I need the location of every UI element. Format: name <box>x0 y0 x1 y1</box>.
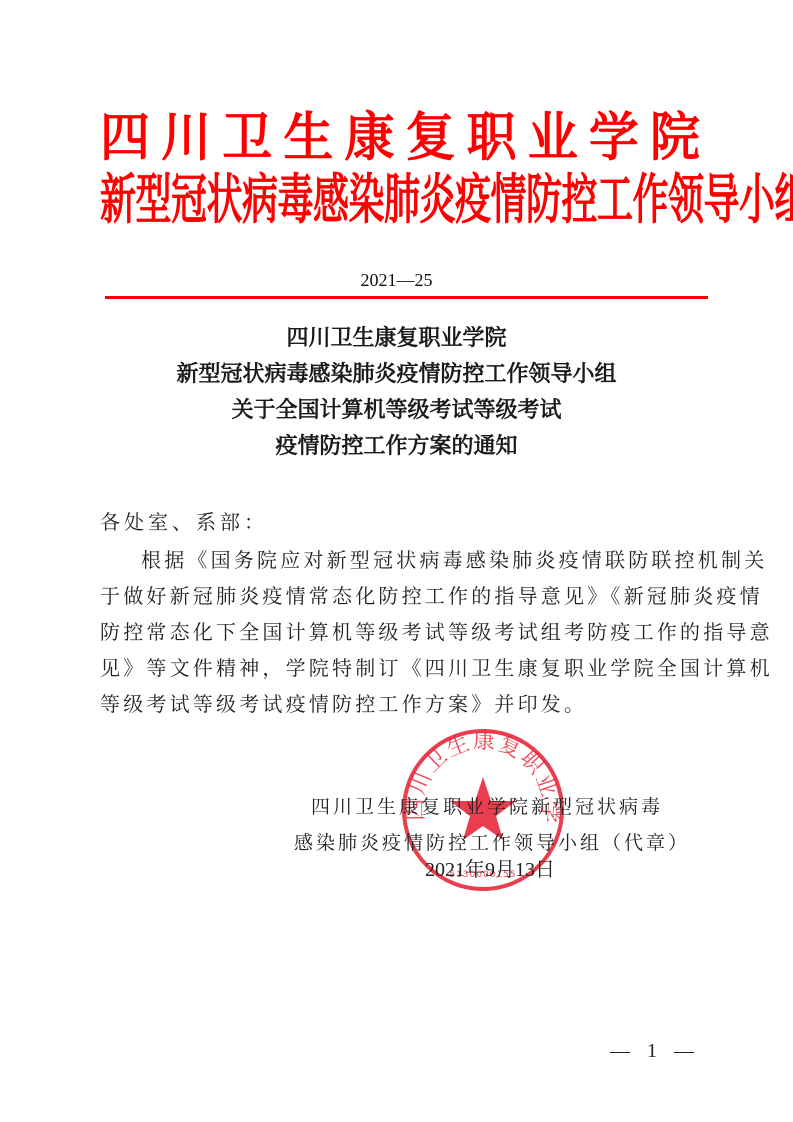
title-line-2: 新型冠状病毒感染肺炎疫情防控工作领导小组 <box>0 362 793 386</box>
paragraph-line-2: 于做好新冠肺炎疫情常态化防控工作的指导意见》《新冠肺炎疫情 <box>100 584 763 608</box>
paragraph-line-5: 等级考试等级考试疫情防控工作方案》并印发。 <box>100 692 587 716</box>
title-line-4: 疫情防控工作方案的通知 <box>0 434 793 458</box>
page-number: — 1 — <box>610 1040 700 1063</box>
paragraph-line-4: 见》等文件精神，学院特制订《四川卫生康复职业学院全国计算机 <box>100 656 773 680</box>
letterhead-group-name: 新型冠状病毒感染肺炎疫情防控工作领导小组 <box>100 155 793 245</box>
paragraph-line-1: 根据《国务院应对新型冠状病毒感染肺炎疫情联防联控机制关 <box>141 548 767 572</box>
title-line-1: 四川卫生康复职业学院 <box>0 326 793 350</box>
signature-line-1: 四川卫生康复职业学院新型冠状病毒 <box>311 795 663 819</box>
red-divider <box>105 296 708 299</box>
salutation: 各处室、系部： <box>100 510 268 534</box>
letterhead-group: 新型冠状病毒感染肺炎疫情防控工作领导小组 <box>100 170 700 230</box>
signature-date: 2021年9月13日 <box>425 858 555 882</box>
document-number: 2021—25 <box>0 270 793 291</box>
title-line-3: 关于全国计算机等级考试等级考试 <box>0 398 793 422</box>
paragraph-line-3: 防控常态化下全国计算机等级考试等级考试组考防疫工作的指导意 <box>100 620 773 644</box>
signature-line-2: 感染肺炎疫情防控工作领导小组（代章） <box>294 831 690 855</box>
